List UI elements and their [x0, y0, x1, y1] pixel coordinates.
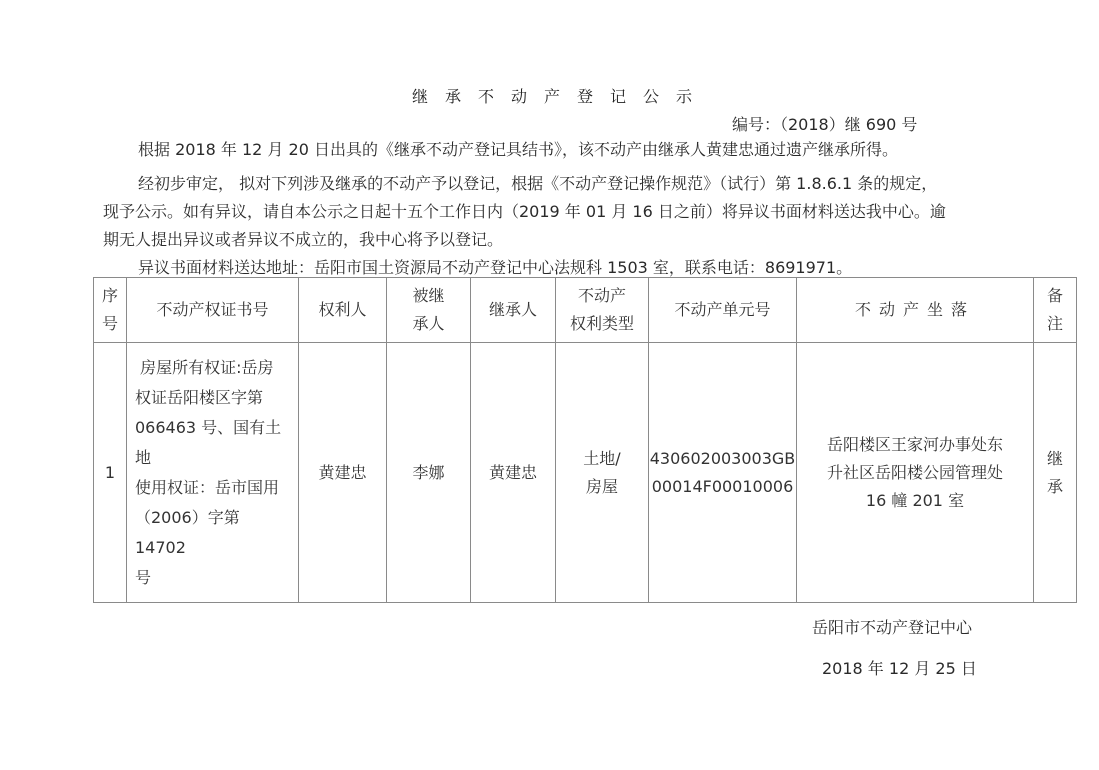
header-decedent: 被继承人	[387, 278, 471, 343]
header-unit-no: 不动产单元号	[649, 278, 797, 343]
paragraph-review-line-2: 现予公示。如有异议，请自本公示之日起十五个工作日内（2019 年 01 月 16…	[103, 200, 946, 224]
header-seq: 序号	[94, 278, 127, 343]
header-cert-no: 不动产权证书号	[127, 278, 299, 343]
header-remark: 备注	[1034, 278, 1077, 343]
cell-unit-no: 430602003003GB00014F00010006	[649, 343, 797, 603]
cell-remark: 继承	[1034, 343, 1077, 603]
header-location: 不动产坐落	[797, 278, 1034, 343]
paragraph-basis: 根据 2018 年 12 月 20 日出具的《继承不动产登记具结书》，该不动产由…	[138, 138, 898, 162]
page-title: 继承不动产登记公示	[412, 84, 709, 107]
paragraph-review-line-3: 期无人提出异议或者异议不成立的，我中心将予以登记。	[103, 228, 503, 252]
cell-decedent: 李娜	[387, 343, 471, 603]
table-row: 1 房屋所有权证:岳房 权证岳阳楼区字第 066463 号、国有土地 使用权证：…	[94, 343, 1077, 603]
header-right-type: 不动产权利类型	[556, 278, 649, 343]
issue-date: 2018 年 12 月 25 日	[822, 656, 977, 679]
cell-location: 岳阳楼区王家河办事处东升社区岳阳楼公园管理处16 幢 201 室	[797, 343, 1034, 603]
registration-table: 序号 不动产权证书号 权利人 被继承人 继承人 不动产权利类型 不动产单元号 不…	[93, 277, 1077, 603]
table-header-row: 序号 不动产权证书号 权利人 被继承人 继承人 不动产权利类型 不动产单元号 不…	[94, 278, 1077, 343]
paragraph-review-line-1: 经初步审定， 拟对下列涉及继承的不动产予以登记，根据《不动产登记操作规范》（试行…	[138, 172, 937, 196]
cell-heir: 黄建忠	[471, 343, 556, 603]
header-heir: 继承人	[471, 278, 556, 343]
cell-right-type: 土地/房屋	[556, 343, 649, 603]
cell-owner: 黄建忠	[299, 343, 387, 603]
document-number: 编号：（2018）继 690 号	[732, 112, 917, 135]
cell-cert-no: 房屋所有权证:岳房 权证岳阳楼区字第 066463 号、国有土地 使用权证：岳市…	[127, 343, 299, 603]
cell-seq: 1	[94, 343, 127, 603]
issuer-signature: 岳阳市不动产登记中心	[812, 615, 972, 638]
header-owner: 权利人	[299, 278, 387, 343]
